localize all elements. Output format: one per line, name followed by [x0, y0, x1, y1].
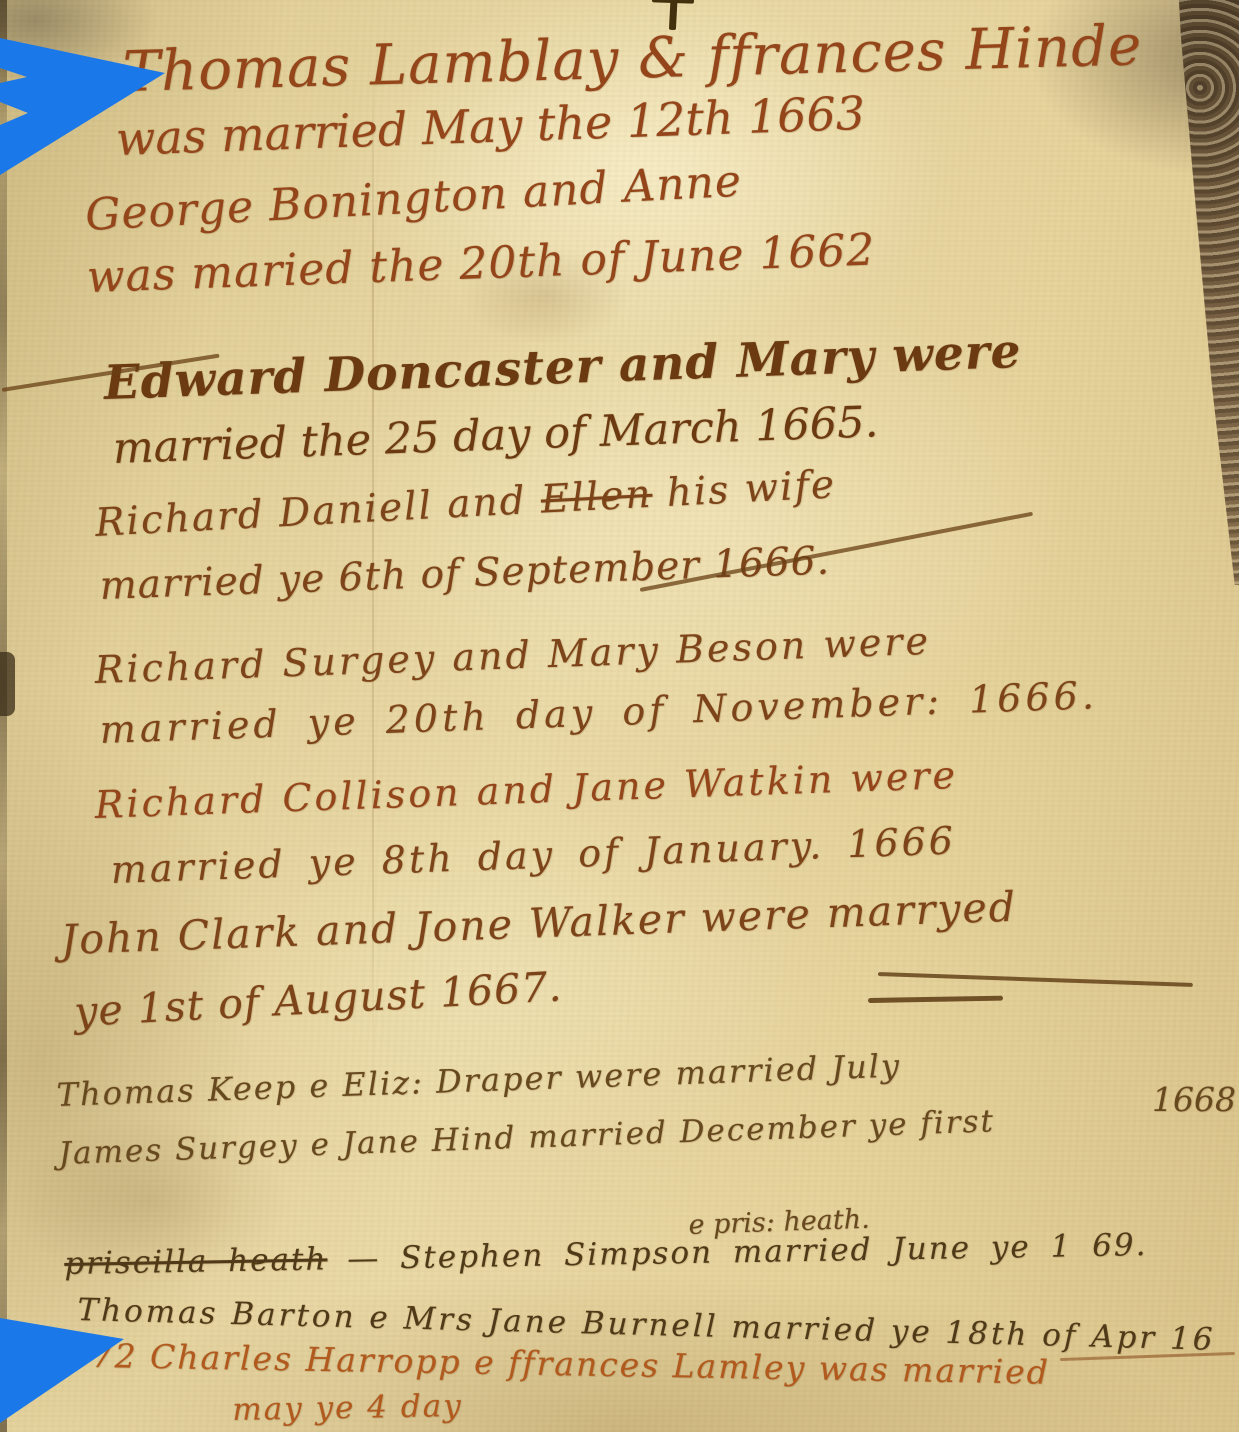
manuscript-line: may ye 4 day [232, 1388, 463, 1428]
page-edge-mark [0, 652, 15, 716]
annotation-arrow-top-left [0, 0, 170, 180]
struck-text: priscilla heath [64, 1241, 328, 1282]
struck-text: Ellen [540, 472, 654, 523]
page-left-edge [0, 0, 7, 1432]
manuscript-line: 1668 [1152, 1080, 1236, 1119]
annotation-arrow-bottom-left [0, 1300, 128, 1425]
